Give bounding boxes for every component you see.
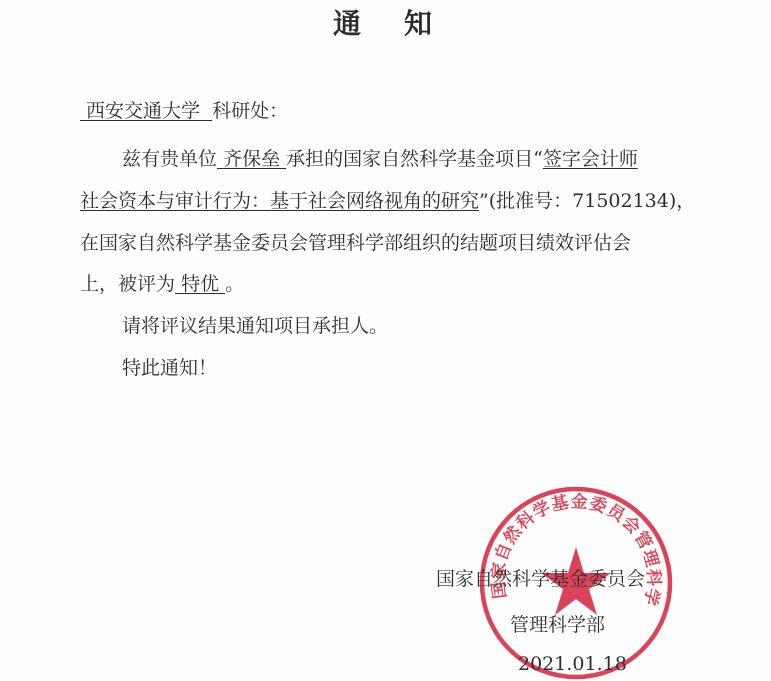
signature-date: 2021.01.18 bbox=[518, 653, 627, 675]
project-title-part2: 社会资本与审计行为：基于社会网络视角的研究 bbox=[80, 190, 479, 212]
title-char-1: 通 bbox=[333, 2, 361, 42]
rating-result: 特优 bbox=[175, 273, 225, 295]
body-line1-prefix: 兹有贵单位 bbox=[122, 148, 217, 170]
body-line4-prefix: 上，被评为 bbox=[80, 273, 175, 295]
addressee-line: 西安交通大学 科研处： bbox=[80, 99, 288, 123]
notice-page: 通 知 西安交通大学 科研处： 兹有贵单位 齐保垒 承担的国家自然科学基金项目“… bbox=[0, 0, 771, 681]
signature-organization: 国家自然科学基金委员会 bbox=[436, 564, 645, 591]
paragraph-closing: 特此通知！ bbox=[122, 356, 217, 380]
project-leader-name: 齐保垒 bbox=[217, 148, 286, 170]
addressee-department: 科研处： bbox=[212, 100, 288, 122]
signature-department: 管理科学部 bbox=[510, 610, 605, 637]
title-char-2: 知 bbox=[404, 2, 432, 42]
body-line-1: 兹有贵单位 齐保垒 承担的国家自然科学基金项目“签字会计师 bbox=[122, 147, 638, 171]
addressee-university: 西安交通大学 bbox=[80, 100, 212, 122]
body-line-3: 在国家自然科学基金委员会管理科学部组织的结题项目绩效评估会 bbox=[80, 231, 631, 255]
body-line-2: 社会资本与审计行为：基于社会网络视角的研究”(批准号：71502134)， bbox=[80, 189, 695, 213]
project-title-part1: 签字会计师 bbox=[543, 148, 638, 170]
body-line1-mid: 承担的国家自然科学基金项目“ bbox=[286, 148, 543, 170]
grant-number: ”(批准号：71502134)， bbox=[479, 190, 695, 212]
paragraph-notify: 请将评议结果通知项目承担人。 bbox=[122, 314, 388, 338]
body-line-4: 上，被评为 特优 。 bbox=[80, 272, 244, 296]
